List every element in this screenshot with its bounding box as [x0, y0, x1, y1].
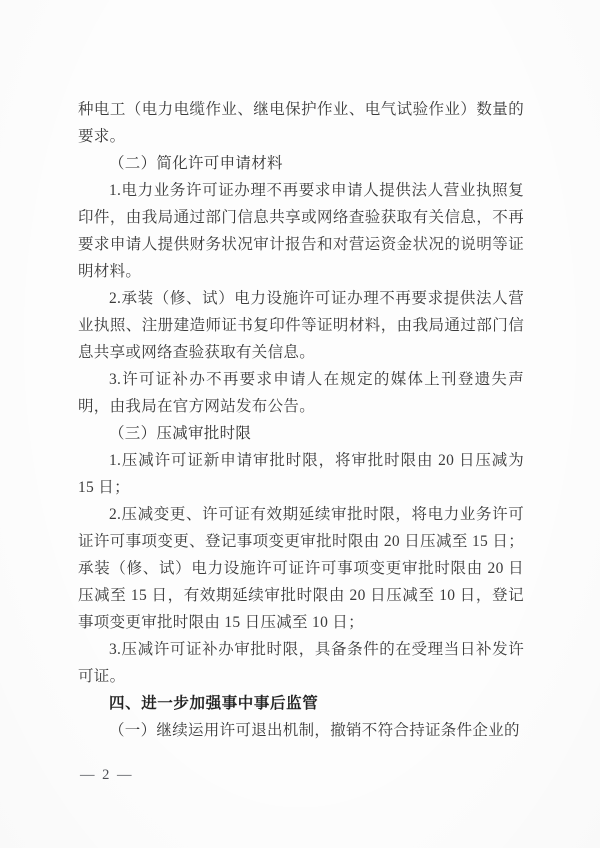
paragraph-item-3b: 3.压减许可证补办审批时限，具备条件的在受理当日补发许可证。 — [78, 636, 524, 690]
paragraph-item-2b: 2.压减变更、许可证有效期延续审批时限，将电力业务许可证许可事项变更、登记事项变… — [78, 501, 524, 636]
page-number: — 2 — — [80, 767, 134, 784]
section-subheading-3: （三）压减审批时限 — [78, 420, 524, 447]
paragraph-continued: 种电工（电力电缆作业、继电保护作业、电气试验作业）数量的要求。 — [78, 96, 524, 150]
paragraph-item-1b: 1.压减许可证新申请审批时限，将审批时限由 20 日压减为 15 日； — [78, 447, 524, 501]
paragraph-item-4-1: （一）继续运用许可退出机制，撤销不符合持证条件企业的 — [78, 717, 524, 744]
document-body: 种电工（电力电缆作业、继电保护作业、电气试验作业）数量的要求。 （二）简化许可申… — [78, 96, 524, 744]
section-subheading-2: （二）简化许可申请材料 — [78, 150, 524, 177]
paragraph-item-3: 3.许可证补办不再要求申请人在规定的媒体上刊登遗失声明，由我局在官方网站发布公告… — [78, 366, 524, 420]
paragraph-item-2: 2.承装（修、试）电力设施许可证办理不再要求提供法人营业执照、注册建造师证书复印… — [78, 285, 524, 366]
paragraph-item-1: 1.电力业务许可证办理不再要求申请人提供法人营业执照复印件，由我局通过部门信息共… — [78, 177, 524, 285]
section-heading-4: 四、进一步加强事中事后监管 — [78, 690, 524, 717]
scanned-document-page: 种电工（电力电缆作业、继电保护作业、电气试验作业）数量的要求。 （二）简化许可申… — [0, 0, 600, 848]
